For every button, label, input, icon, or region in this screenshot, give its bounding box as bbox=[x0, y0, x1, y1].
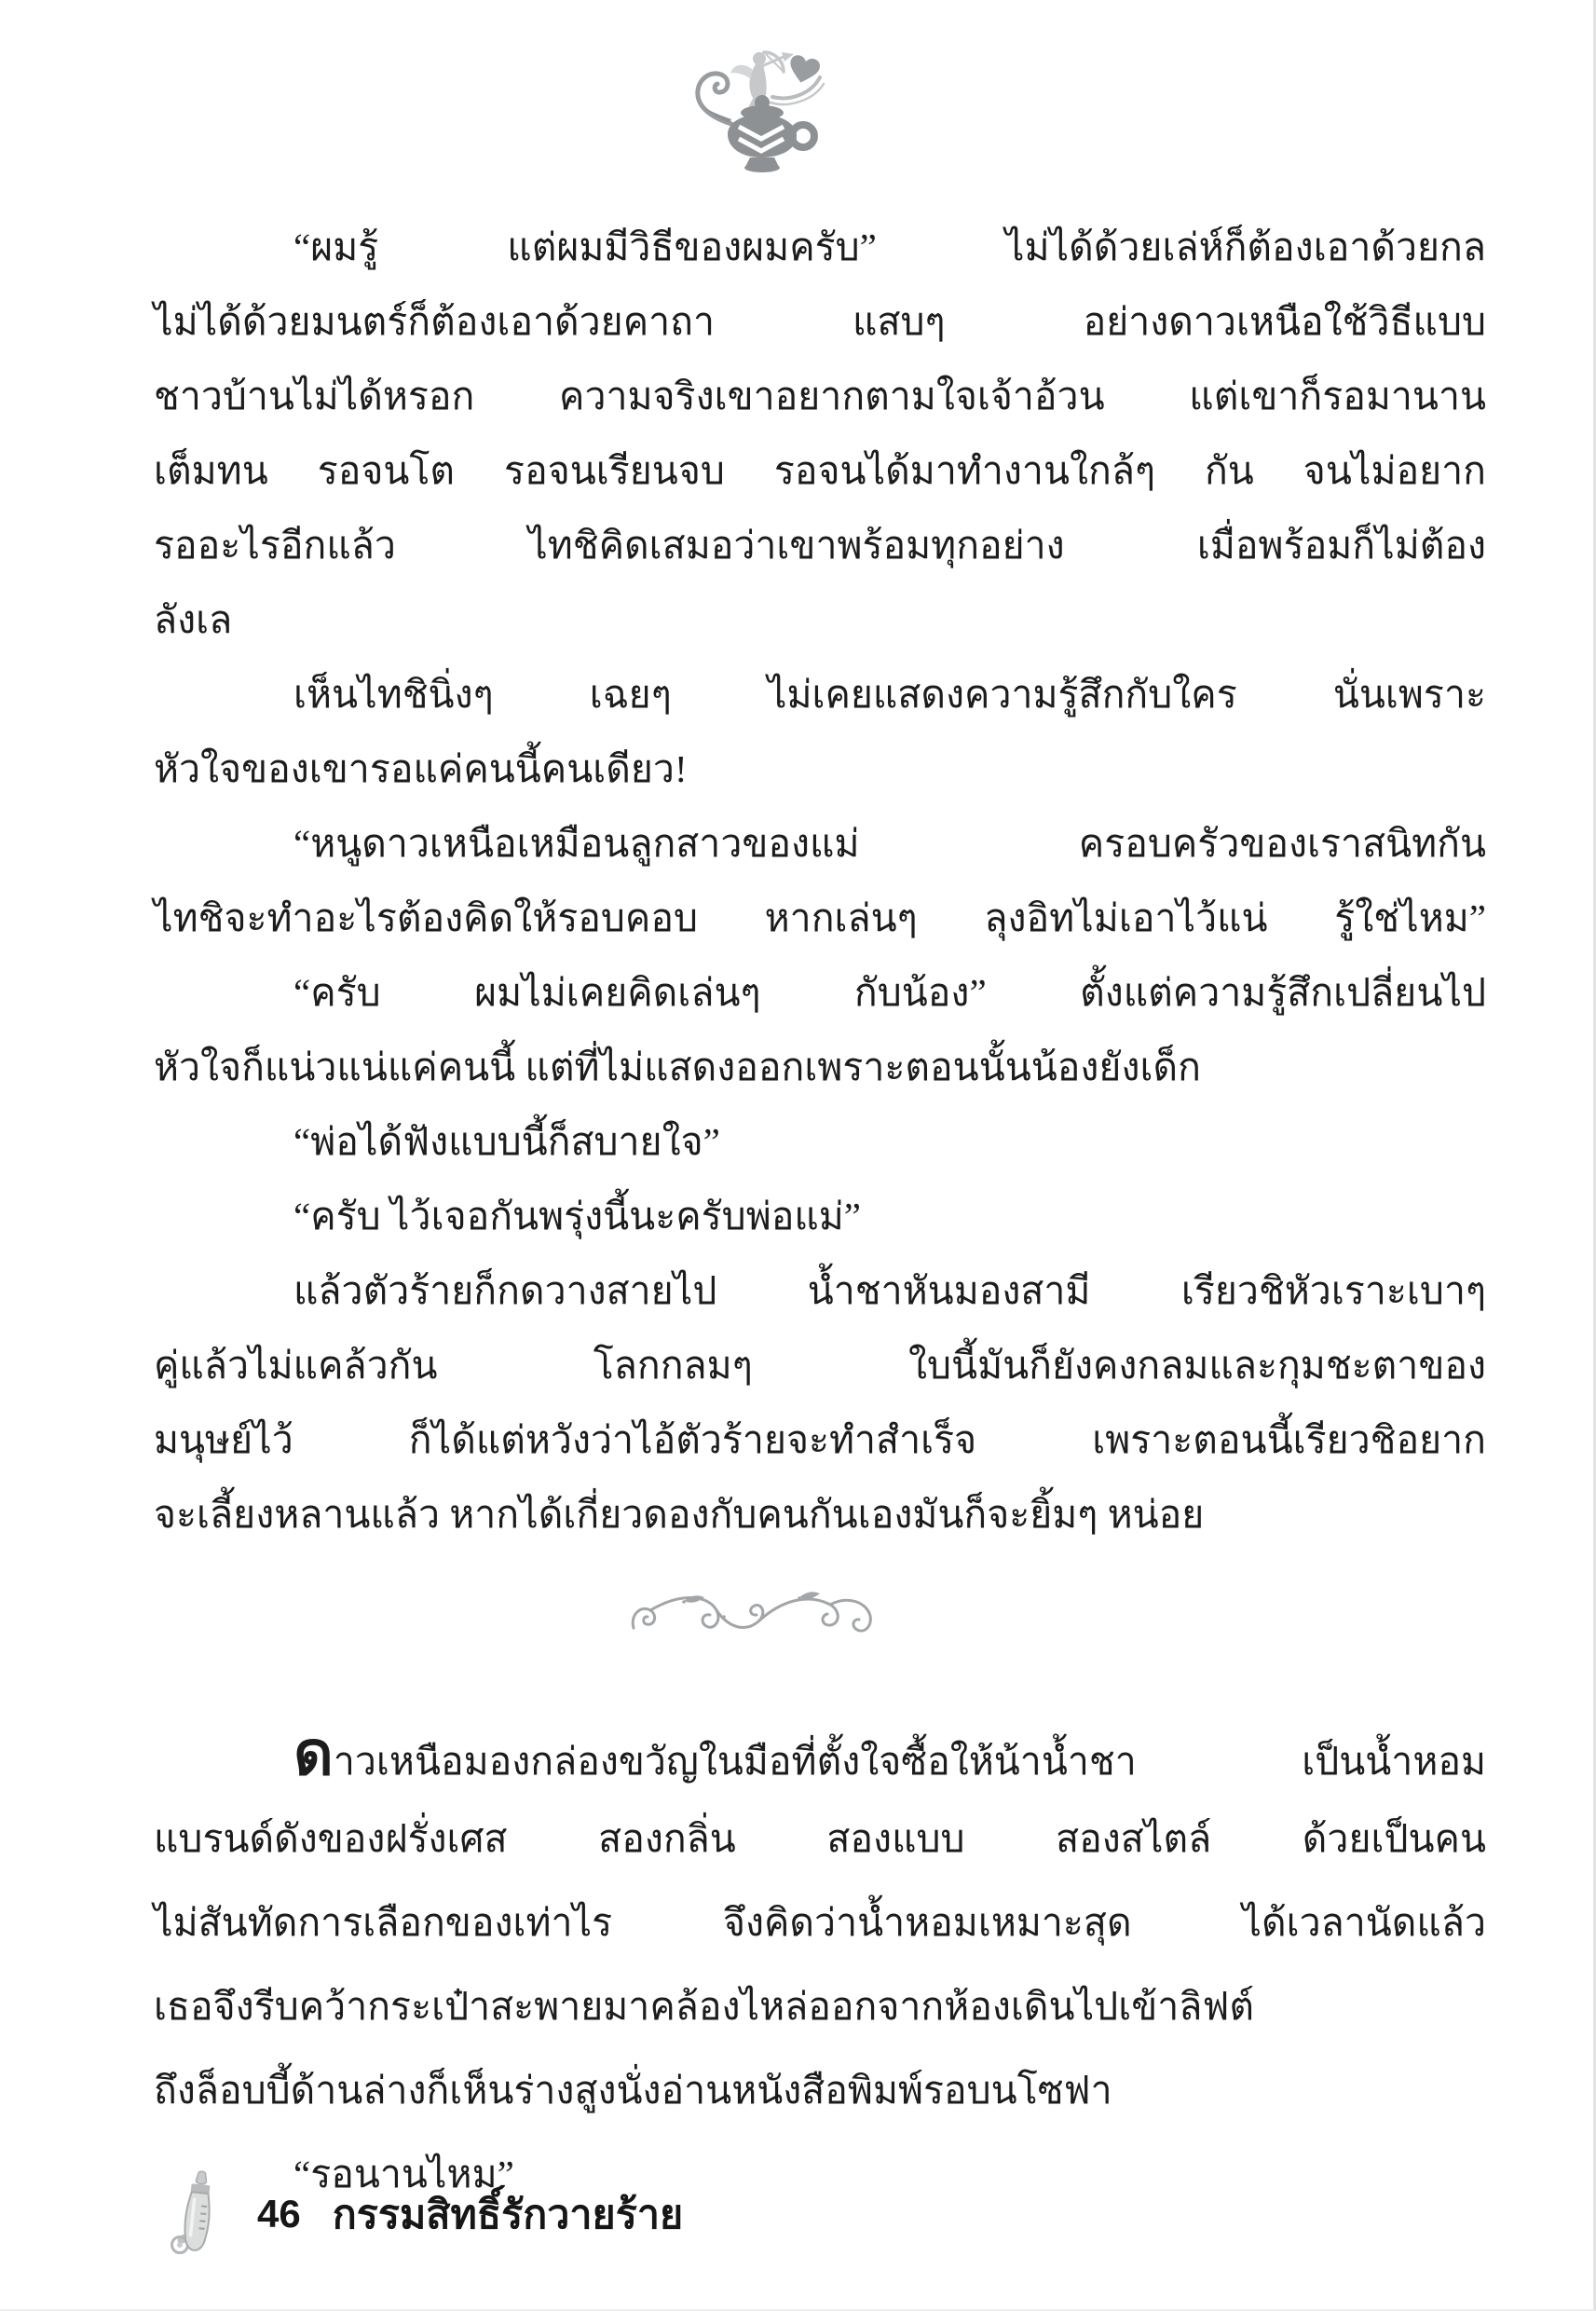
text-line: จะเลี้ยงหลานแล้ว หากได้เกี่ยวดองกับคนกัน… bbox=[154, 1477, 1486, 1552]
text-line: ไม่ได้ด้วยมนตร์ก็ต้องเอาด้วยคาถา แสบๆ อย… bbox=[154, 284, 1486, 359]
text-line: คู่แล้วไม่แคล้วกัน โลกกลมๆ ใบนี้มันก็ยัง… bbox=[154, 1328, 1486, 1402]
drop-cap: ด bbox=[293, 1720, 334, 1788]
text-line: “หนูดาวเหนือเหมือนลูกสาวของแม่ ครอบครัวข… bbox=[154, 806, 1486, 881]
text-line: เห็นไทชินิ่งๆ เฉยๆ ไม่เคยแสดงความรู้สึกก… bbox=[154, 657, 1486, 732]
text-line: เธอจึงรีบคว้ากระเป๋าสะพายมาคล้องไหล่ออกจ… bbox=[154, 1964, 1486, 2048]
text-line: “พ่อได้ฟังแบบนี้ก็สบายใจ” bbox=[154, 1104, 1486, 1179]
text-line: แบรนด์ดังของฝรั่งเศส สองกลิ่น สองแบบ สอง… bbox=[154, 1797, 1486, 1880]
page-number: 46 bbox=[257, 2192, 301, 2236]
text-line: ไทชิจะทำอะไรต้องคิดให้รอบคอบ หากเล่นๆ ลุ… bbox=[154, 881, 1486, 955]
text-line: ไม่สันทัดการเลือกของเท่าไร จึงคิดว่าน้ำห… bbox=[154, 1880, 1486, 1964]
story-text-section-2: ดาวเหนือมองกล่องขวัญในมือที่ตั้งใจซื้อให… bbox=[154, 1713, 1486, 2216]
text-line: “ครับ ผมไม่เคยคิดเล่นๆ กับน้อง” ตั้งแต่ค… bbox=[154, 955, 1486, 1030]
text-line-rest: าวเหนือมองกล่องขวัญในมือที่ตั้งใจซื้อให้… bbox=[334, 1740, 1486, 1783]
text-line: ชาวบ้านไม่ได้หรอก ความจริงเขาอยากตามใจเจ… bbox=[154, 359, 1486, 433]
text-line: เต็มทน รอจนโต รอจนเรียนจบ รอจนได้มาทำงาน… bbox=[154, 433, 1486, 508]
cupid-lamp-ornament bbox=[691, 34, 842, 173]
text-line: ถึงล็อบบี้ด้านล่างก็เห็นร่างสูงนั่งอ่านห… bbox=[154, 2048, 1486, 2132]
baby-bottle-icon bbox=[170, 2169, 218, 2259]
book-page: “ผมรู้ แต่ผมมีวิธีของผมครับ” ไม่ได้ด้วยเ… bbox=[0, 0, 1596, 2311]
book-title: กรรมสิทธิ์รักวายร้าย bbox=[333, 2182, 683, 2246]
text-line: หัวใจก็แน่วแน่แค่คนนี้ แต่ที่ไม่แสดงออกเ… bbox=[154, 1030, 1486, 1104]
text-line: ลังเล bbox=[154, 582, 1486, 657]
text-line: “ครับ ไว้เจอกันพรุ่งนี้นะครับพ่อแม่” bbox=[154, 1179, 1486, 1253]
page-footer: 46 กรรมสิทธิ์รักวายร้าย bbox=[170, 2167, 683, 2261]
story-text-section-1: “ผมรู้ แต่ผมมีวิธีของผมครับ” ไม่ได้ด้วยเ… bbox=[154, 210, 1486, 1552]
text-line: หัวใจของเขารอแค่คนนี้คนเดียว! bbox=[154, 732, 1486, 806]
text-line: รออะไรอีกแล้ว ไทชิคิดเสมอว่าเขาพร้อมทุกอ… bbox=[154, 508, 1486, 582]
text-line: ดาวเหนือมองกล่องขวัญในมือที่ตั้งใจซื้อให… bbox=[154, 1713, 1486, 1797]
text-line: มนุษย์ไว้ ก็ได้แต่หวังว่าไอ้ตัวร้ายจะทำส… bbox=[154, 1402, 1486, 1477]
text-line: แล้วตัวร้ายก็กดวางสายไป น้ำชาหันมองสามี … bbox=[154, 1253, 1486, 1328]
flourish-divider-ornament bbox=[626, 1579, 878, 1647]
text-line: “ผมรู้ แต่ผมมีวิธีของผมครับ” ไม่ได้ด้วยเ… bbox=[154, 210, 1486, 284]
